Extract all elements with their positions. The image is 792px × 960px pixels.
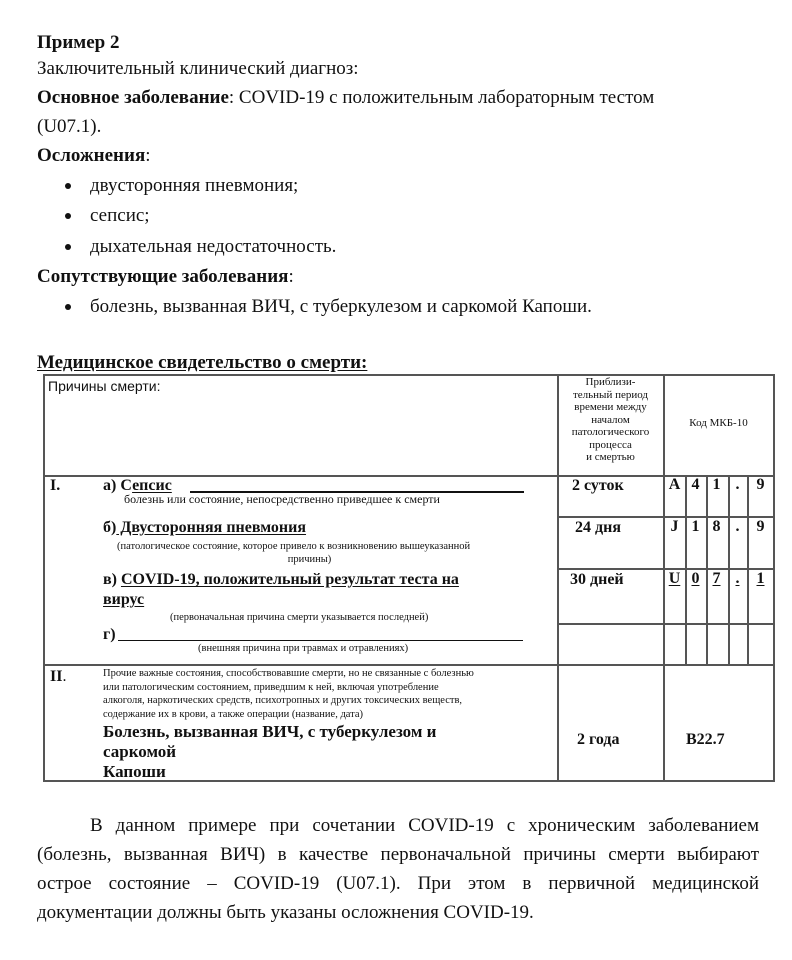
certificate-title: Медицинское свидетельство о смерти: [37, 352, 367, 374]
cause-row-c: в) COVID-19, положительный результат тес… [103, 570, 459, 589]
causes-header: Причины смерти: [48, 378, 160, 394]
bullet-icon [65, 183, 71, 189]
period-header-line: Приблизи- [558, 376, 663, 389]
period-header: Приблизи-тельный периодвремени междунача… [558, 376, 663, 464]
icd-char: A [664, 476, 685, 494]
icd-char: J [664, 518, 685, 536]
icd-char: U [664, 570, 685, 588]
row-letter: в) [103, 571, 121, 588]
condition-line: Капоши [103, 762, 436, 782]
cause-row-b: б) Двусторонняя пневмония [103, 518, 306, 537]
bullet-icon [65, 304, 71, 310]
bullet-icon [65, 244, 71, 250]
example-title: Пример 2 [37, 32, 120, 54]
complications-label: Осложнения [37, 145, 145, 166]
complications-heading: Осложнения: [37, 145, 151, 167]
period-header-line: времени между [558, 401, 663, 414]
bullet-icon [65, 213, 71, 219]
period-value: 30 дней [570, 570, 624, 589]
comorbidities-colon: : [288, 266, 293, 287]
cause-hint: (патологическое состояние, которое приве… [117, 540, 470, 553]
icd-code-c: U 0 7 . 1 [664, 570, 774, 590]
period-header-line: и смертью [558, 451, 663, 464]
row-letter: г) [103, 625, 116, 644]
period-value: 2 года [577, 730, 620, 749]
numeral: II [50, 668, 62, 685]
complication-item: дыхательная недостаточность. [90, 236, 336, 258]
table-border [43, 374, 45, 782]
icd-char: 1 [750, 570, 771, 588]
main-disease: Основное заболевание: COVID-19 с положит… [37, 87, 654, 109]
part-two-condition: Болезнь, вызванная ВИЧ, с туберкулезом и… [103, 722, 436, 782]
cause-hint: болезнь или состояние, непосредственно п… [124, 493, 440, 506]
complications-colon: : [145, 145, 150, 166]
row-letter: а) [103, 477, 120, 494]
description-line: алкоголя, наркотических средств, психотр… [103, 694, 474, 708]
cause-text-underlined: Двусторонняя пневмония [116, 519, 306, 536]
fill-in-line [118, 640, 523, 641]
icd-char: . [727, 476, 748, 494]
table-border [557, 623, 774, 625]
icd-code-a: A 4 1 . 9 [664, 476, 774, 496]
conclusion-line: документации должны быть указаны осложне… [37, 898, 759, 927]
description-line: Прочие важные состояния, способствовавши… [103, 667, 474, 681]
period-header-line: началом [558, 414, 663, 427]
conclusion-line: острое состояние – COVID-19 (U07.1). При… [37, 869, 759, 898]
conclusion-line: (болезнь, вызванная ВИЧ) в качестве перв… [37, 840, 759, 869]
period-value: 24 дня [575, 518, 621, 537]
icd-char: 9 [750, 476, 771, 494]
row-letter: б) [103, 519, 116, 536]
cause-hint: (внешняя причина при травмах и отравлени… [198, 642, 408, 655]
period-value: 2 суток [572, 476, 624, 495]
period-header-line: патологического [558, 426, 663, 439]
comorbidities-heading: Сопутствующие заболевания: [37, 266, 294, 288]
icd-code-part-two: B22.7 [686, 730, 725, 749]
cause-text-underlined: вирус [103, 590, 144, 609]
condition-line: саркомой [103, 742, 436, 762]
period-header-line: тельный период [558, 389, 663, 402]
icd-char: 4 [685, 476, 706, 494]
icd-char: . [727, 570, 748, 588]
description-line: содержание их в крови, а также операции … [103, 708, 474, 722]
description-line: или патологическим состоянием, приведшим… [103, 681, 474, 695]
main-disease-label: Основное заболевание [37, 87, 229, 108]
icd-char: 7 [706, 570, 727, 588]
cause-hint: причины) [117, 553, 502, 566]
period-header-line: процесса [558, 439, 663, 452]
conclusion-line: В данном примере при сочетании COVID-19 … [37, 811, 759, 840]
icd-char: 9 [750, 518, 771, 536]
cause-text-underlined: COVID-19, положительный результат теста … [121, 571, 459, 588]
icd-code-b: J 1 8 . 9 [664, 518, 774, 538]
icd-char: 0 [685, 570, 706, 588]
icd-char: 1 [706, 476, 727, 494]
main-disease-code: (U07.1). [37, 116, 101, 138]
main-disease-text: : COVID-19 с положительным лабораторным … [229, 87, 654, 108]
condition-line: Болезнь, вызванная ВИЧ, с туберкулезом и [103, 722, 436, 742]
icd-char: 1 [685, 518, 706, 536]
part-one-numeral: I. [50, 476, 60, 495]
part-two-description: Прочие важные состояния, способствовавши… [103, 667, 474, 721]
final-diagnosis-label: Заключительный клинический диагноз: [37, 58, 359, 80]
icd-char: 8 [706, 518, 727, 536]
cause-hint: (первоначальная причина смерти указывает… [170, 611, 428, 624]
numeral-dot: . [62, 668, 66, 685]
complication-item: двусторонняя пневмония; [90, 175, 298, 197]
icd-header: Код МКБ-10 [664, 417, 773, 430]
comorbidities-label: Сопутствующие заболевания [37, 266, 288, 287]
part-two-numeral: II. [50, 667, 66, 686]
icd-char: . [727, 518, 748, 536]
comorbidity-item: болезнь, вызванная ВИЧ, с туберкулезом и… [90, 296, 592, 318]
complication-item: сепсис; [90, 205, 150, 227]
conclusion-paragraph: В данном примере при сочетании COVID-19 … [37, 811, 759, 927]
